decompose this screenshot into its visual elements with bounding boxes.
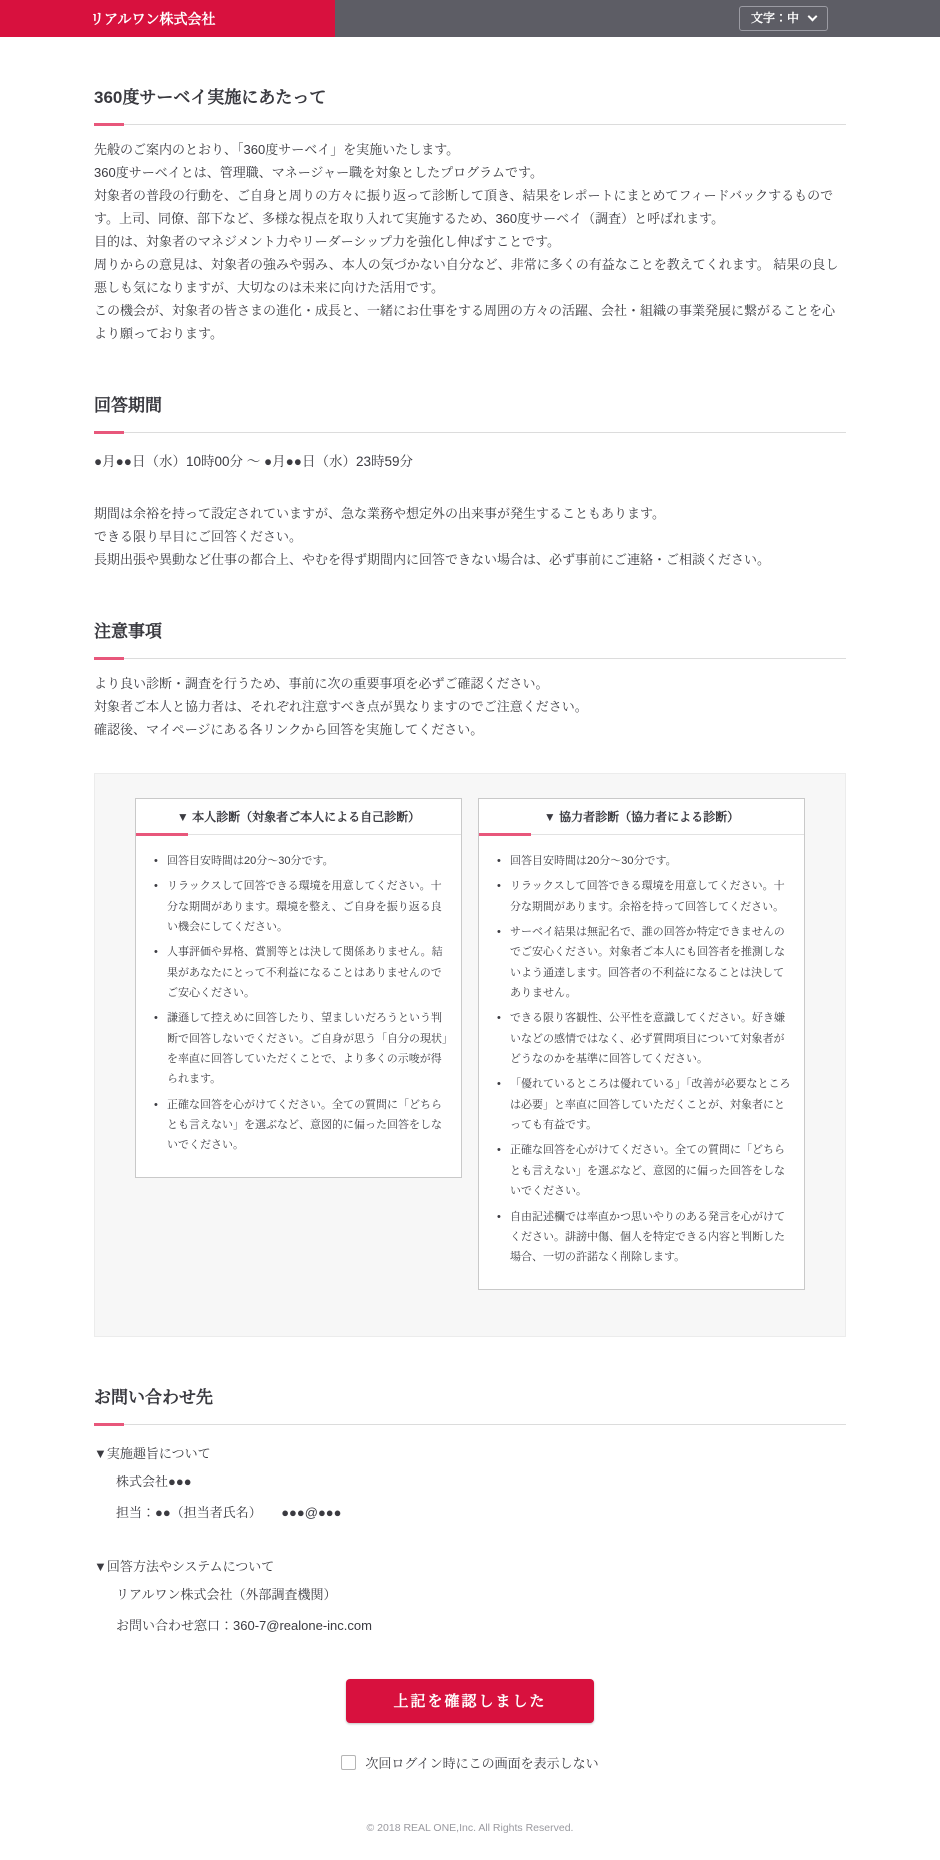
box-title: ▼ 本人診断（対象者ご本人による自己診断）: [136, 799, 461, 835]
app-header: リアルワン株式会社 文字：中: [0, 0, 940, 37]
bullet-item: 正確な回答を心がけてください。全ての質問に「どちらとも言えない」を選ぶなど、意図…: [151, 1095, 448, 1156]
section-title: 回答期間: [94, 391, 846, 416]
font-size-dropdown[interactable]: 文字：中: [739, 6, 828, 30]
paragraph: この機会が、対象者の皆さまの進化・成長と、一緒にお仕事をする周囲の方々の活躍、会…: [94, 299, 846, 345]
bullet-item: 自由記述欄では率直かつ思いやりのある発言を心がけてください。誹謗中傷、個人を特定…: [494, 1207, 791, 1268]
main-content: 360度サーベイ実施にあたって 先般のご案内のとおり、「360度サーベイ」を実施…: [94, 83, 846, 1834]
section-title: 360度サーベイ実施にあたって: [94, 83, 846, 108]
paragraph: 長期出張や異動など仕事の都合上、やむを得ず期間内に回答できない場合は、必ず事前に…: [94, 548, 846, 571]
font-size-label: 文字：中: [751, 11, 799, 25]
contact-line: リアルワン株式会社（外部調査機関）: [116, 1584, 846, 1606]
paragraph: 期間は余裕を持って設定されていますが、急な業務や想定外の出来事が発生することもあ…: [94, 502, 846, 525]
paragraph: 周りからの意見は、対象者の強みや弱み、本人の気づかない自分など、非常に多くの有益…: [94, 253, 846, 299]
section-intro: 360度サーベイ実施にあたって 先般のご案内のとおり、「360度サーベイ」を実施…: [94, 83, 846, 345]
bullet-item: 人事評価や昇格、賞罰等とは決して関係ありません。結果があなたにとって不利益になる…: [151, 942, 448, 1003]
hide-screen-checkbox[interactable]: [341, 1755, 356, 1770]
notes-panel: ▼ 本人診断（対象者ご本人による自己診断） 回答目安時間は20分～30分です。 …: [94, 773, 846, 1337]
box-bullet-list: 回答目安時間は20分～30分です。 リラックスして回答できる環境を用意してくださ…: [479, 835, 804, 1289]
section-contact: お問い合わせ先 ▼実施趣旨について 株式会社●●● 担当：●●（担当者氏名） ●…: [94, 1383, 846, 1637]
chevron-down-icon: [808, 12, 818, 22]
bullet-item: サーベイ結果は無記名で、誰の回答か特定できませんのでご安心ください。対象者ご本人…: [494, 922, 791, 1003]
contact-line: お問い合わせ窓口：360-7@realone-inc.com: [116, 1615, 846, 1637]
contact-group-heading: ▼実施趣旨について: [94, 1443, 846, 1462]
section-title: お問い合わせ先: [94, 1383, 846, 1408]
brand-logo: リアルワン株式会社: [0, 0, 335, 37]
section-divider: [94, 658, 846, 659]
paragraph: 360度サーベイとは、管理職、マネージャー職を対象としたプログラムです。: [94, 161, 846, 184]
section-divider: [94, 1424, 846, 1425]
hide-screen-option: 次回ログイン時にこの画面を表示しない: [94, 1753, 846, 1772]
contact-group-system: ▼回答方法やシステムについて リアルワン株式会社（外部調査機関） お問い合わせ窓…: [94, 1556, 846, 1637]
paragraph: 対象者ご本人と協力者は、それぞれ注意すべき点が異なりますのでご注意ください。: [94, 695, 846, 718]
section-divider: [94, 432, 846, 433]
collaborator-assessment-box: ▼ 協力者診断（協力者による診断） 回答目安時間は20分～30分です。 リラック…: [478, 798, 805, 1290]
bullet-item: 「優れているところは優れている」「改善が必要なところは必要」と率直に回答していた…: [494, 1074, 791, 1135]
footer-copyright: © 2018 REAL ONE,Inc. All Rights Reserved…: [94, 1822, 846, 1834]
contact-line: 担当：●●（担当者氏名） ●●●@●●●: [116, 1502, 846, 1524]
box-bullet-list: 回答目安時間は20分～30分です。 リラックスして回答できる環境を用意してくださ…: [136, 835, 461, 1177]
self-assessment-box: ▼ 本人診断（対象者ご本人による自己診断） 回答目安時間は20分～30分です。 …: [135, 798, 462, 1178]
date-range: ●月●●日（水）10時00分 ～ ●月●●日（水）23時59分: [94, 450, 846, 470]
contact-line: 株式会社●●●: [116, 1471, 846, 1493]
paragraph: 対象者の普段の行動を、ご自身と周りの方々に振り返って診断して頂き、結果をレポート…: [94, 184, 846, 230]
paragraph: 目的は、対象者のマネジメント力やリーダーシップ力を強化し伸ばすことです。: [94, 230, 846, 253]
bullet-item: 回答目安時間は20分～30分です。: [494, 851, 791, 871]
section-notes: 注意事項 より良い診断・調査を行うため、事前に次の重要事項を必ずご確認ください。…: [94, 617, 846, 1337]
section-divider: [94, 124, 846, 125]
bullet-item: 正確な回答を心がけてください。全ての質問に「どちらとも言えない」を選ぶなど、意図…: [494, 1140, 791, 1201]
bullet-item: リラックスして回答できる環境を用意してください。十分な期間があります。環境を整え…: [151, 876, 448, 937]
bullet-item: 回答目安時間は20分～30分です。: [151, 851, 448, 871]
bullet-item: リラックスして回答できる環境を用意してください。十分な期間があります。余裕を持っ…: [494, 876, 791, 917]
section-title: 注意事項: [94, 617, 846, 642]
confirm-button[interactable]: 上記を確認しました: [346, 1679, 594, 1723]
paragraph: 先般のご案内のとおり、「360度サーベイ」を実施いたします。: [94, 138, 846, 161]
bullet-item: できる限り客観性、公平性を意識してください。好き嫌いなどの感情ではなく、必ず質問…: [494, 1008, 791, 1069]
section-period: 回答期間 ●月●●日（水）10時00分 ～ ●月●●日（水）23時59分 期間は…: [94, 391, 846, 571]
contact-group-purpose: ▼実施趣旨について 株式会社●●● 担当：●●（担当者氏名） ●●●@●●●: [94, 1443, 846, 1524]
checkbox-label[interactable]: 次回ログイン時にこの画面を表示しない: [365, 1753, 598, 1772]
contact-group-heading: ▼回答方法やシステムについて: [94, 1556, 846, 1575]
paragraph: 確認後、マイページにある各リンクから回答を実施してください。: [94, 718, 846, 741]
paragraph: より良い診断・調査を行うため、事前に次の重要事項を必ずご確認ください。: [94, 672, 846, 695]
bullet-item: 謙遜して控えめに回答したり、望ましいだろうという判断で回答しないでください。ご自…: [151, 1008, 448, 1089]
box-title: ▼ 協力者診断（協力者による診断）: [479, 799, 804, 835]
paragraph: できる限り早目にご回答ください。: [94, 525, 846, 548]
